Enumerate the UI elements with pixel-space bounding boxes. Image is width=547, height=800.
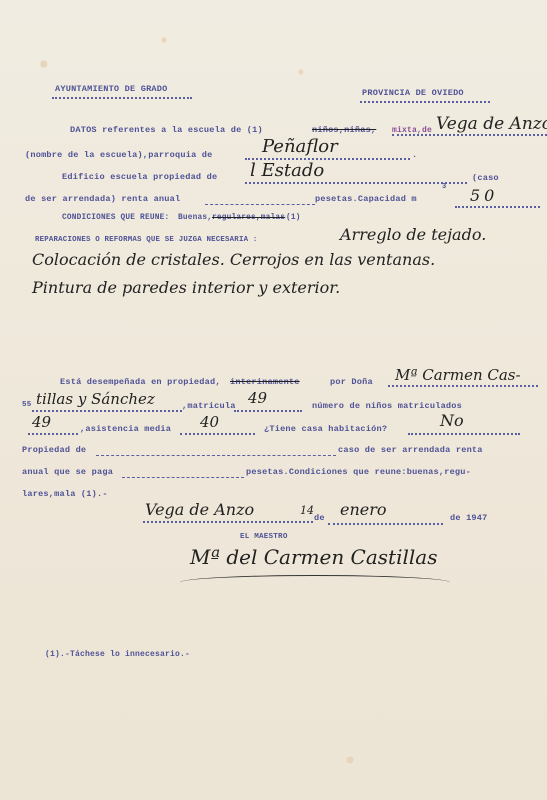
capacidad-underline <box>455 206 540 208</box>
arrendada-label: caso de ser arrendada renta <box>338 445 483 455</box>
renta-label: de ser arrendada) renta anual <box>25 194 180 204</box>
footnote: (1).-Táchese lo innecesario.- <box>45 650 190 659</box>
caso-label: (caso <box>472 173 499 183</box>
anual-label: anual que se paga <box>22 467 113 477</box>
header-province: PROVINCIA DE OVIEDO <box>362 88 464 98</box>
asistencia-label: ,asistencia media <box>80 424 171 434</box>
condiciones-label: CONDICIONES QUE REUNE: <box>62 214 169 222</box>
margin-number: 55 <box>22 401 31 409</box>
teacher-name-underline-1 <box>388 385 538 387</box>
casa-label: ¿Tiene casa habitación? <box>264 424 387 434</box>
matricula-underline <box>234 410 302 412</box>
signature-flourish <box>180 575 450 590</box>
closing-place: Vega de Anzo <box>145 500 254 519</box>
propiedad-underline <box>245 182 467 184</box>
closing-day: 14 <box>300 504 314 517</box>
school-name-underline <box>392 134 547 136</box>
matricula-value: 49 <box>248 389 267 407</box>
renta-field <box>205 204 315 205</box>
condiciones-reune-label: pesetas.Condiciones que reune:buenas,reg… <box>246 467 471 477</box>
asistencia-value: 40 <box>200 413 219 431</box>
reparaciones-label: REPARACIONES O REFORMAS QUE SE JUZGA NEC… <box>35 236 258 244</box>
condiciones-last-line: lares,mala (1).- <box>22 489 108 499</box>
capacidad-value: 50 <box>470 186 498 205</box>
dona-label: por Doña <box>330 377 373 387</box>
period: . <box>412 150 417 160</box>
anual-field <box>122 477 244 478</box>
asistencia-underline <box>180 433 255 435</box>
closing-year: de 1947 <box>450 513 488 523</box>
condiciones-buenas: Buenas, <box>178 214 212 222</box>
signature: Mª del Carmen Castillas <box>190 545 437 569</box>
ninos-label: número de niños matriculados <box>312 401 462 411</box>
parroquia-label: (nombre de la escuela),parroquia de <box>25 150 213 160</box>
matricula-label: ,matricula <box>182 401 236 411</box>
teacher-name-line1: Mª Carmen Cas- <box>395 366 521 384</box>
desempenada-label: Está desempeñada en propiedad, <box>60 377 221 387</box>
reparaciones-line-2: Colocación de cristales. Cerrojos en las… <box>32 250 435 269</box>
cubic-superscript: 3 <box>442 183 446 191</box>
signer-role: EL MAESTRO <box>240 533 288 541</box>
header-municipality: AYUNTAMIENTO DE GRADO <box>55 84 168 94</box>
datos-label: DATOS referentes a la escuela de (1) <box>70 125 263 135</box>
ninos-underline <box>28 433 78 435</box>
reparaciones-line-1: Arreglo de tejado. <box>340 225 486 244</box>
ninos-value: 49 <box>32 413 51 431</box>
closing-month: enero <box>340 500 387 519</box>
reparaciones-line-3: Pintura de paredes interior y exterior. <box>32 278 340 297</box>
casa-value: No <box>440 411 464 430</box>
interinamente-struck: interinamente <box>230 377 300 387</box>
edificio-label: Edificio escuela propiedad de <box>62 172 217 182</box>
closing-month-underline <box>328 523 443 525</box>
propiedad-de-field <box>96 455 336 456</box>
teacher-name-underline-2 <box>32 410 182 412</box>
struck-options: niños,niñas, <box>312 125 376 135</box>
propiedad-value: l Estado <box>250 160 324 181</box>
casa-underline <box>408 433 520 435</box>
closing-place-underline <box>143 521 313 523</box>
capacidad-label: pesetas.Capacidad m <box>315 194 417 204</box>
header-underline-left <box>52 97 192 99</box>
school-name-value: Vega de Anzo <box>436 114 547 134</box>
condiciones-struck: regulares,malas <box>212 214 285 222</box>
closing-de: de <box>314 513 325 523</box>
propiedad-de-label: Propiedad de <box>22 445 86 455</box>
teacher-name-line2: tillas y Sánchez <box>36 390 155 408</box>
header-underline-right <box>360 101 490 103</box>
parroquia-value: Peñaflor <box>262 136 338 157</box>
condiciones-footnote-ref: (1) <box>286 214 301 222</box>
